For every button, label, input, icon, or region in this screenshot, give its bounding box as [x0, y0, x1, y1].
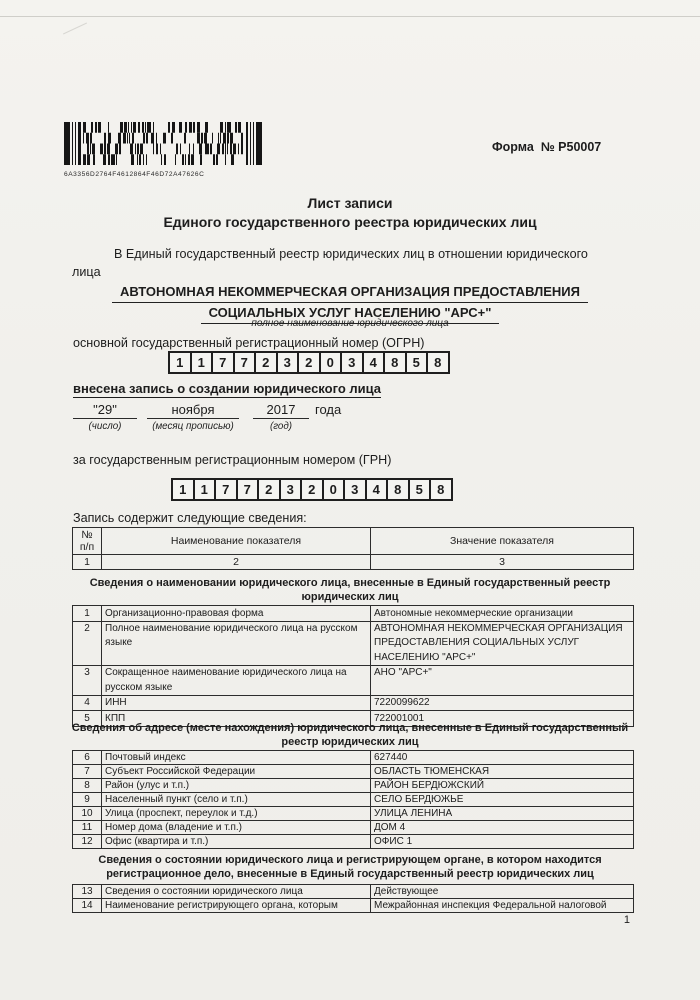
- record-statement: внесена запись о создании юридического л…: [73, 381, 381, 398]
- digit-cell: 1: [193, 478, 217, 501]
- grn-label: за государственным регистрационным номер…: [73, 453, 391, 467]
- row-number: 10: [73, 807, 102, 821]
- row-value: 627440: [371, 751, 634, 765]
- row-value: СЕЛО БЕРДЮЖЬЕ: [371, 793, 634, 807]
- section-naming-heading: Сведения о наименовании юридического лиц…: [0, 577, 700, 604]
- date-month-slot: ноября (месяц прописью): [147, 402, 239, 432]
- header-col-value-label: Значение показателя: [373, 529, 631, 547]
- header-col-name: Наименование показателя: [102, 528, 371, 555]
- table-row: 10Улица (проспект, переулок и т.д.)УЛИЦА…: [73, 807, 634, 821]
- digit-cell: 8: [383, 351, 407, 374]
- table-row: 2Полное наименование юридического лица н…: [73, 621, 634, 665]
- record-date: "29" (число) ноября (месяц прописью) 201…: [73, 402, 493, 432]
- digit-cell: 7: [236, 478, 260, 501]
- organization-name-line1: АВТОНОМНАЯ НЕКОММЕРЧЕСКАЯ ОРГАНИЗАЦИЯ ПР…: [112, 282, 588, 303]
- table-row: 4ИНН7220099622: [73, 695, 634, 711]
- row-name: Почтовый индекс: [102, 751, 371, 765]
- document-title-line2: Единого государственного реестра юридиче…: [0, 213, 700, 232]
- row-value: ОФИС 1: [371, 835, 634, 849]
- digit-cell: 8: [386, 478, 410, 501]
- grn-digit-boxes: 1177232034858: [171, 478, 453, 501]
- digit-cell: 0: [319, 351, 343, 374]
- table-row: 6Почтовый индекс627440: [73, 751, 634, 765]
- header-col-num-line1: №: [75, 529, 99, 541]
- barcode-image-icon: [64, 122, 264, 165]
- organization-name-caption: полное наименование юридического лица: [0, 318, 700, 329]
- ogrn-label: основной государственный регистрационный…: [73, 336, 425, 350]
- date-month-caption: (месяц прописью): [147, 421, 239, 432]
- digit-cell: 3: [276, 351, 300, 374]
- header-num3: 3: [371, 555, 634, 570]
- digit-cell: 2: [254, 351, 278, 374]
- row-name: Полное наименование юридического лица на…: [102, 621, 371, 665]
- barcode-caption: 6A3356D2764F4612864F46D72A47626C: [64, 171, 266, 178]
- row-value: Автономные некоммерческие организации: [371, 606, 634, 622]
- date-month-value: ноября: [147, 402, 239, 419]
- ogrn-digit-boxes: 1177232034858: [168, 351, 450, 374]
- barcode: 6A3356D2764F4612864F46D72A47626C: [64, 122, 266, 178]
- row-name: Район (улус и т.п.): [102, 779, 371, 793]
- row-name: Сокращенное наименование юридического ли…: [102, 665, 371, 695]
- digit-cell: 3: [343, 478, 367, 501]
- document-page: 6A3356D2764F4612864F46D72A47626C Форма №…: [0, 0, 700, 1000]
- row-name: Населенный пункт (село и т.п.): [102, 793, 371, 807]
- row-name: Сведения о состоянии юридического лица: [102, 885, 371, 899]
- header-col-num-line2: п/п: [75, 541, 99, 553]
- row-value: ОБЛАСТЬ ТЮМЕНСКАЯ: [371, 765, 634, 779]
- section-status-heading: Сведения о состоянии юридического лица и…: [0, 854, 700, 881]
- table-row: 12Офис (квартира и т.п.)ОФИС 1: [73, 835, 634, 849]
- row-number: 13: [73, 885, 102, 899]
- row-name: Наименование регистрирующего органа, кот…: [102, 899, 371, 913]
- date-day-slot: "29" (число): [73, 402, 137, 432]
- digit-cell: 4: [362, 351, 386, 374]
- header-col-value: Значение показателя: [371, 528, 634, 555]
- date-year-slot: 2017 (год): [253, 402, 309, 432]
- row-value: Действующее: [371, 885, 634, 899]
- header-col-num: № п/п: [73, 528, 102, 555]
- table-row: 8Район (улус и т.п.)РАЙОН БЕРДЮЖСКИЙ: [73, 779, 634, 793]
- section-status-table: 13Сведения о состоянии юридического лица…: [72, 884, 634, 913]
- digit-cell: 2: [257, 478, 281, 501]
- digit-cell: 8: [426, 351, 450, 374]
- section-address-heading: Сведения об адресе (месте нахождения) юр…: [0, 722, 700, 749]
- document-title: Лист записи Единого государственного рее…: [0, 194, 700, 232]
- row-name: Субъект Российской Федерации: [102, 765, 371, 779]
- row-number: 11: [73, 821, 102, 835]
- table-row: 13Сведения о состоянии юридического лица…: [73, 885, 634, 899]
- details-header-table: № п/п Наименование показателя Значение п…: [72, 527, 634, 570]
- row-name: ИНН: [102, 695, 371, 711]
- row-name: Улица (проспект, переулок и т.д.): [102, 807, 371, 821]
- header-num1: 1: [73, 555, 102, 570]
- table-row: 7Субъект Российской ФедерацииОБЛАСТЬ ТЮМ…: [73, 765, 634, 779]
- digit-cell: 1: [190, 351, 214, 374]
- digit-cell: 7: [214, 478, 238, 501]
- row-name: Офис (квартира и т.п.): [102, 835, 371, 849]
- intro-line1: В Единый государственный реестр юридичес…: [72, 245, 637, 263]
- intro-paragraph: В Единый государственный реестр юридичес…: [72, 245, 637, 281]
- digit-cell: 4: [365, 478, 389, 501]
- digit-cell: 5: [408, 478, 432, 501]
- digit-cell: 3: [340, 351, 364, 374]
- row-value: РАЙОН БЕРДЮЖСКИЙ: [371, 779, 634, 793]
- digit-cell: 0: [322, 478, 346, 501]
- table-row: 1Организационно-правовая формаАвтономные…: [73, 606, 634, 622]
- details-lead: Запись содержит следующие сведения:: [73, 511, 307, 525]
- row-number: 14: [73, 899, 102, 913]
- digit-cell: 2: [300, 478, 324, 501]
- date-year-caption: (год): [253, 421, 309, 432]
- digit-cell: 8: [429, 478, 453, 501]
- row-number: 3: [73, 665, 102, 695]
- row-number: 2: [73, 621, 102, 665]
- digit-cell: 1: [168, 351, 192, 374]
- header-col-name-label: Наименование показателя: [104, 529, 368, 547]
- row-number: 7: [73, 765, 102, 779]
- row-name: Номер дома (владение и т.п.): [102, 821, 371, 835]
- digit-cell: 7: [233, 351, 257, 374]
- intro-line2: лица: [72, 263, 637, 281]
- header-row: № п/п Наименование показателя Значение п…: [73, 528, 634, 555]
- row-number: 9: [73, 793, 102, 807]
- date-day-value: "29": [73, 402, 137, 419]
- digit-cell: 2: [297, 351, 321, 374]
- digit-cell: 3: [279, 478, 303, 501]
- section-address-table: 6Почтовый индекс6274407Субъект Российско…: [72, 750, 634, 849]
- table-row: 3Сокращенное наименование юридического л…: [73, 665, 634, 695]
- row-value: АНО "АРС+": [371, 665, 634, 695]
- scan-artifact-line: [0, 16, 700, 17]
- row-number: 4: [73, 695, 102, 711]
- date-year-value: 2017: [253, 402, 309, 419]
- row-number: 1: [73, 606, 102, 622]
- row-name: Организационно-правовая форма: [102, 606, 371, 622]
- section-naming-table: 1Организационно-правовая формаАвтономные…: [72, 605, 634, 727]
- row-number: 12: [73, 835, 102, 849]
- row-value: ДОМ 4: [371, 821, 634, 835]
- date-year-suffix: года: [315, 402, 341, 417]
- header-num2: 2: [102, 555, 371, 570]
- row-value: АВТОНОМНАЯ НЕКОММЕРЧЕСКАЯ ОРГАНИЗАЦИЯ ПР…: [371, 621, 634, 665]
- page-number: 1: [560, 914, 630, 926]
- digit-cell: 7: [211, 351, 235, 374]
- date-day-caption: (число): [73, 421, 137, 432]
- form-number-label: Форма № Р50007: [492, 140, 601, 154]
- digit-cell: 1: [171, 478, 195, 501]
- header-number-row: 1 2 3: [73, 555, 634, 570]
- table-row: 11Номер дома (владение и т.п.)ДОМ 4: [73, 821, 634, 835]
- row-value: Межрайонная инспекция Федеральной налого…: [371, 899, 634, 913]
- document-title-line1: Лист записи: [0, 194, 700, 213]
- row-value: УЛИЦА ЛЕНИНА: [371, 807, 634, 821]
- digit-cell: 5: [405, 351, 429, 374]
- table-row: 14Наименование регистрирующего органа, к…: [73, 899, 634, 913]
- table-row: 9Населенный пункт (село и т.п.)СЕЛО БЕРД…: [73, 793, 634, 807]
- scan-artifact-scratch: [63, 23, 87, 35]
- row-number: 6: [73, 751, 102, 765]
- row-value: 7220099622: [371, 695, 634, 711]
- row-number: 8: [73, 779, 102, 793]
